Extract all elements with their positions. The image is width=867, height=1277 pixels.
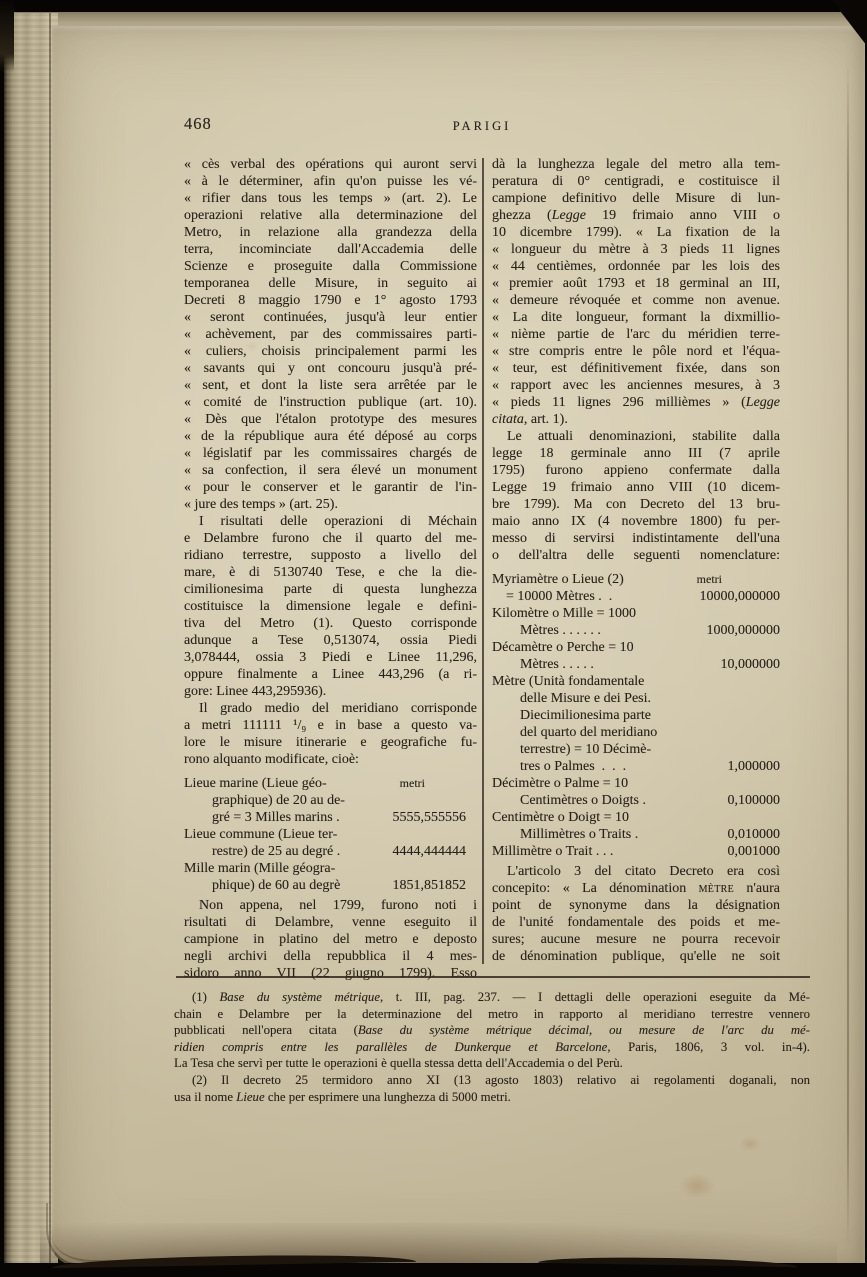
italic-text: citata bbox=[492, 412, 524, 427]
text-line: ghezza (Legge 19 frimaio anno VIII o bbox=[492, 207, 780, 224]
text-line: oppure finalmente a Linee 443,296 (a ri- bbox=[184, 666, 477, 683]
text-line: ridiano terrestre, supposto a livello de… bbox=[184, 547, 477, 564]
paragraph-block: Il grado medio del meridiano corrisponde… bbox=[184, 700, 477, 768]
small-caps-text: mètre bbox=[699, 881, 734, 896]
measures-table: metriLieue marine (Lieue géo- graphique)… bbox=[184, 775, 477, 894]
text-segment: , Paris, 1806, 3 vol. in-4). bbox=[607, 1040, 810, 1054]
text-line: « législatif par les commissaires chargé… bbox=[184, 445, 477, 462]
row-value: 1851,851852 bbox=[393, 877, 478, 894]
text-line: de l'unité fondamentale des poids et me- bbox=[492, 914, 780, 931]
row-label: gré = 3 Milles marins . bbox=[184, 809, 340, 826]
text-segment: (1) bbox=[192, 990, 219, 1004]
text-line: « rifier dans tous les temps » (art. 2).… bbox=[184, 190, 477, 207]
row-value: 0,001000 bbox=[728, 843, 781, 860]
row-value: 1000,000000 bbox=[707, 622, 781, 639]
row-label: Millimètres o Traits . bbox=[492, 826, 638, 843]
text-line: Il grado medio del meridiano corrisponde bbox=[184, 700, 477, 717]
text-segment: che per esprimere una lunghezza di 5000 … bbox=[265, 1090, 511, 1104]
text-line: point de synonyme dans la désignation bbox=[492, 897, 780, 914]
text-line: a metri 111111 ¹/₉ e in base a questo va… bbox=[184, 717, 477, 734]
row-label: restre) de 25 au degré . bbox=[184, 843, 340, 860]
row-label: Décamètre o Perche = 10 bbox=[492, 639, 634, 656]
text-line: « cès verbal des opérations qui auront s… bbox=[184, 156, 477, 173]
text-line: messo di servirsi indistintamente dell'u… bbox=[492, 530, 780, 547]
text-line: Non appena, nel 1799, furono noti i bbox=[184, 897, 477, 914]
table-row: Kilomètre o Mille = 1000 bbox=[492, 605, 780, 622]
row-label: Centimètre o Doigt = 10 bbox=[492, 809, 629, 826]
table-row: tres o Palmes . . .1,000000 bbox=[492, 758, 780, 775]
text-line: « teur, est définitivement fixée, dans s… bbox=[492, 360, 780, 377]
italic-text: Legge bbox=[552, 208, 586, 223]
paragraph-block: I risultati delle operazioni di Méchaine… bbox=[184, 513, 477, 700]
row-label: Diecimilionesima parte bbox=[492, 707, 651, 724]
text-line: gore: Linee 443,295936). bbox=[184, 683, 477, 700]
paragraph-block: « longueur du mètre à 3 pieds 11 lignes«… bbox=[492, 241, 780, 428]
text-line: « de la république aura été déposé au co… bbox=[184, 428, 477, 445]
row-value: 10000,000000 bbox=[700, 588, 781, 605]
text-line: ridien compris entre les parallèles de D… bbox=[174, 1039, 810, 1056]
text-line: bre 1799). Ma con Decreto del 13 bru- bbox=[492, 496, 780, 513]
text-line: 1795) furono appieno confermate dalla bbox=[492, 462, 780, 479]
running-title: PARIGI bbox=[402, 119, 562, 134]
text-line: tiva del Metro (1). Questo corrisponde bbox=[184, 615, 477, 632]
text-line: « Dès que l'étalon prototype des mesures bbox=[184, 411, 477, 428]
table-row: Décamètre o Perche = 10 bbox=[492, 639, 780, 656]
paragraph-block: Non appena, nel 1799, furono noti irisul… bbox=[184, 897, 477, 982]
text-line: lore le misure itinerarie e geografiche … bbox=[184, 734, 477, 751]
row-label: Mètres . . . . . bbox=[492, 656, 594, 673]
table-row: graphique) de 20 au de- bbox=[184, 792, 477, 809]
table-row: Centimètre o Doigt = 10 bbox=[492, 809, 780, 826]
row-value: 4444,444444 bbox=[393, 843, 478, 860]
text-line: (1) Base du système métrique, t. III, pa… bbox=[174, 989, 810, 1006]
text-line: « stre compris entre le pôle nord et l'é… bbox=[492, 343, 780, 360]
italic-text: Base du système métrique bbox=[219, 990, 380, 1004]
text-line: operazioni relative alla determinazione … bbox=[184, 207, 477, 224]
paragraph-block: (2) Il decreto 25 termidoro anno XI (13 … bbox=[174, 1072, 810, 1105]
text-line: Scienze e proseguite dalla Commissione bbox=[184, 258, 477, 275]
text-line: legge 18 germinale anno III (7 aprile bbox=[492, 445, 780, 462]
paragraph-block: operazioni relative alla determinazione … bbox=[184, 207, 477, 309]
row-value: 0,100000 bbox=[728, 792, 781, 809]
text-line: campione definitivo delle Misure di lun- bbox=[492, 190, 780, 207]
text-line: « savants qui y ont concouru jusqu'à pré… bbox=[184, 360, 477, 377]
paragraph-block: (1) Base du système métrique, t. III, pa… bbox=[174, 989, 810, 1072]
text-segment: 19 frimaio anno VIII o bbox=[586, 208, 780, 223]
text-segment: , art. 1). bbox=[524, 412, 568, 427]
text-line: « pour le conserver et le garantir de l'… bbox=[184, 479, 477, 496]
text-line: Legge 19 frimaio anno VIII (10 dicem- bbox=[492, 479, 780, 496]
row-value bbox=[466, 775, 477, 792]
text-segment: « pieds 11 lignes 296 millièmes » ( bbox=[492, 395, 746, 410]
text-segment: concepito: « La dénomination bbox=[492, 881, 699, 896]
row-value bbox=[466, 792, 477, 809]
table-row: = 10000 Mètres . .10000,000000 bbox=[492, 588, 780, 605]
table-row: Mètres . . . . . .1000,000000 bbox=[492, 622, 780, 639]
measures-table: metriMyriamètre o Lieue (2) = 10000 Mètr… bbox=[492, 571, 780, 860]
text-line: e Delambre furono che il quarto del me- bbox=[184, 530, 477, 547]
text-line: chain e Delambre per la determinazione d… bbox=[174, 1006, 810, 1023]
row-label: Lieue commune (Lieue ter- bbox=[184, 826, 337, 843]
italic-text: Base du système métrique décimal, ou mes… bbox=[358, 1023, 810, 1037]
text-line: (2) Il decreto 25 termidoro anno XI (13 … bbox=[174, 1072, 810, 1089]
text-line: « culiers, choisis principalement parmi … bbox=[184, 343, 477, 360]
text-line: « sa confection, il sera élevé un monume… bbox=[184, 462, 477, 479]
text-line: negli archivi della repubblica il 4 mes- bbox=[184, 948, 477, 965]
text-line: sures; aucune mesure ne pourra recevoir bbox=[492, 931, 780, 948]
text-line: mare, è di 5130740 Tese, e che la die- bbox=[184, 564, 477, 581]
text-line: pubblicati nell'opera citata (Base du sy… bbox=[174, 1022, 810, 1039]
text-line: concepito: « La dénomination mètre n'aur… bbox=[492, 880, 780, 897]
table-row: Lieue marine (Lieue géo- bbox=[184, 775, 477, 792]
table-row: Diecimilionesima parte bbox=[492, 707, 780, 724]
text-column-right: dà la lunghezza legale del metro alla te… bbox=[492, 156, 780, 965]
table-row: delle Misure e dei Pesi. bbox=[492, 690, 780, 707]
row-value bbox=[466, 826, 477, 843]
paragraph-block: Le attuali denominazioni, stabilite dall… bbox=[492, 428, 780, 564]
row-label: graphique) de 20 au de- bbox=[184, 792, 345, 809]
table-row: Mètre (Unità fondamentale bbox=[492, 673, 780, 690]
text-line: cimilionesima parte di questa lunghezza bbox=[184, 581, 477, 598]
text-line: « sent, et dont la liste sera arrêtée pa… bbox=[184, 377, 477, 394]
text-line: o dell'altra delle seguenti nomenclature… bbox=[492, 547, 780, 564]
text-line: « comité de l'instruction publique (art.… bbox=[184, 394, 477, 411]
book-scan: 468 PARIGI « cès verbal des opérations q… bbox=[0, 0, 867, 1277]
row-label: Centimètres o Doigts . bbox=[492, 792, 646, 809]
text-line: Decreti 8 maggio 1790 e 1° agosto 1793 bbox=[184, 292, 477, 309]
table-row: Mille marin (Mille géogra- bbox=[184, 860, 477, 877]
table-row: phique) de 60 au degrè1851,851852 bbox=[184, 877, 477, 894]
printed-page-content: 468 PARIGI « cès verbal des opérations q… bbox=[0, 0, 867, 1277]
text-segment: , t. III, pag. 237. — I dettagli delle o… bbox=[380, 990, 810, 1004]
row-value bbox=[466, 860, 477, 877]
row-label: Décimètre o Palme = 10 bbox=[492, 775, 628, 792]
row-label: tres o Palmes . . . bbox=[492, 758, 626, 775]
text-line: L'articolo 3 del citato Decreto era così bbox=[492, 863, 780, 880]
text-line: « 44 centièmes, ordonnée par les lois de… bbox=[492, 258, 780, 275]
text-line: « jure des temps » (art. 25). bbox=[184, 496, 477, 513]
unit-header-label: metri bbox=[400, 775, 425, 792]
text-line: La Tesa che servì per tutte le operazion… bbox=[174, 1055, 810, 1072]
row-label: Mètre (Unità fondamentale bbox=[492, 673, 644, 690]
row-label: delle Misure e dei Pesi. bbox=[492, 690, 651, 707]
text-line: I risultati delle operazioni di Méchain bbox=[184, 513, 477, 530]
column-divider-rule bbox=[482, 158, 484, 964]
text-line: « nième partie de l'arc du méridien terr… bbox=[492, 326, 780, 343]
row-label: Kilomètre o Mille = 1000 bbox=[492, 605, 636, 622]
unit-header-label: metri bbox=[697, 571, 722, 588]
text-line: Le attuali denominazioni, stabilite dall… bbox=[492, 428, 780, 445]
text-line: 10 dicembre 1799). « La fixation de la bbox=[492, 224, 780, 241]
text-line: maio anno IX (4 novembre 1800) fu per- bbox=[492, 513, 780, 530]
text-line: rono alquanto modificate, cioè: bbox=[184, 751, 477, 768]
paragraph-block: dà la lunghezza legale del metro alla te… bbox=[492, 156, 780, 241]
table-row: restre) de 25 au degré .4444,444444 bbox=[184, 843, 477, 860]
row-label: Mètres . . . . . . bbox=[492, 622, 601, 639]
text-line: campione in platino del metro e deposto bbox=[184, 931, 477, 948]
text-line: de dénomination publique, qu'elle ne soi… bbox=[492, 948, 780, 965]
text-column-left: « cès verbal des opérations qui auront s… bbox=[184, 156, 477, 982]
footnote-separator-rule bbox=[176, 976, 810, 978]
row-value: 5555,555556 bbox=[393, 809, 478, 826]
row-value: 0,010000 bbox=[728, 826, 781, 843]
table-row: gré = 3 Milles marins .5555,555556 bbox=[184, 809, 477, 826]
table-row: Centimètres o Doigts .0,100000 bbox=[492, 792, 780, 809]
paragraph-block: L'articolo 3 del citato Decreto era così… bbox=[492, 863, 780, 965]
text-line: risultati di Delambre, venne eseguito il bbox=[184, 914, 477, 931]
italic-text: Legge bbox=[746, 395, 780, 410]
paragraph-block: « cès verbal des opérations qui auront s… bbox=[184, 156, 477, 207]
text-segment: n'aura bbox=[734, 881, 780, 896]
text-line: « achèvement, par des commissaires parti… bbox=[184, 326, 477, 343]
row-label: terrestre) = 10 Décimè- bbox=[492, 741, 651, 758]
table-row: Décimètre o Palme = 10 bbox=[492, 775, 780, 792]
table-row: Lieue commune (Lieue ter- bbox=[184, 826, 477, 843]
table-row: terrestre) = 10 Décimè- bbox=[492, 741, 780, 758]
text-line: terra, incominciate dall'Accademia delle bbox=[184, 241, 477, 258]
text-line: temporanea delle Misure, in seguito ai bbox=[184, 275, 477, 292]
italic-text: Lieue bbox=[236, 1090, 264, 1104]
row-value: 10,000000 bbox=[721, 656, 781, 673]
text-segment: ghezza ( bbox=[492, 208, 552, 223]
italic-text: ridien compris entre les parallèles de D… bbox=[174, 1040, 607, 1054]
table-row: del quarto del meridiano bbox=[492, 724, 780, 741]
text-line: citata, art. 1). bbox=[492, 411, 780, 428]
text-line: Metro, in relazione alla grandezza della bbox=[184, 224, 477, 241]
text-line: « seront continuées, jusqu'à leur entier bbox=[184, 309, 477, 326]
table-row: Millimètres o Traits .0,010000 bbox=[492, 826, 780, 843]
text-segment: pubblicati nell'opera citata ( bbox=[174, 1023, 358, 1037]
text-line: usa il nome Lieue che per esprimere una … bbox=[174, 1089, 810, 1106]
text-line: 3,078444, ossia 3 Piedi e Linee 11,296, bbox=[184, 649, 477, 666]
text-segment: usa il nome bbox=[174, 1090, 236, 1104]
table-row: Millimètre o Trait . . .0,001000 bbox=[492, 843, 780, 860]
footnotes-section: (1) Base du système métrique, t. III, pa… bbox=[174, 989, 810, 1105]
row-label: phique) de 60 au degrè bbox=[184, 877, 340, 894]
text-line: sidoro anno VII (22 giugno 1799). Esso bbox=[184, 965, 477, 982]
paragraph-block: « seront continuées, jusqu'à leur entier… bbox=[184, 309, 477, 513]
text-line: « pieds 11 lignes 296 millièmes » (Legge bbox=[492, 394, 780, 411]
text-line: « longueur du mètre à 3 pieds 11 lignes bbox=[492, 241, 780, 258]
table-row: Myriamètre o Lieue (2) bbox=[492, 571, 780, 588]
text-line: dà la lunghezza legale del metro alla te… bbox=[492, 156, 780, 173]
text-line: « La dite longueur, formant la dixmillio… bbox=[492, 309, 780, 326]
text-line: « demeure révoquée et comme non avenue. bbox=[492, 292, 780, 309]
row-label: Mille marin (Mille géogra- bbox=[184, 860, 335, 877]
text-line: adunque a Tese 0,513074, ossia Piedi bbox=[184, 632, 477, 649]
text-line: « premier août 1793 et 18 germinal an II… bbox=[492, 275, 780, 292]
text-line: costituisce la dimensione legale e defin… bbox=[184, 598, 477, 615]
row-label: Lieue marine (Lieue géo- bbox=[184, 775, 327, 792]
row-label: Myriamètre o Lieue (2) bbox=[492, 571, 624, 588]
row-label: = 10000 Mètres . . bbox=[492, 588, 612, 605]
page-number: 468 bbox=[184, 114, 212, 134]
row-value: 1,000000 bbox=[728, 758, 781, 775]
text-line: « à le déterminer, afin qu'on puisse les… bbox=[184, 173, 477, 190]
text-line: peratura di 0° centigradi, e costituisce… bbox=[492, 173, 780, 190]
row-label: Millimètre o Trait . . . bbox=[492, 843, 613, 860]
table-row: Mètres . . . . .10,000000 bbox=[492, 656, 780, 673]
text-line: « rapport avec les anciennes mesures, à … bbox=[492, 377, 780, 394]
row-label: del quarto del meridiano bbox=[492, 724, 657, 741]
